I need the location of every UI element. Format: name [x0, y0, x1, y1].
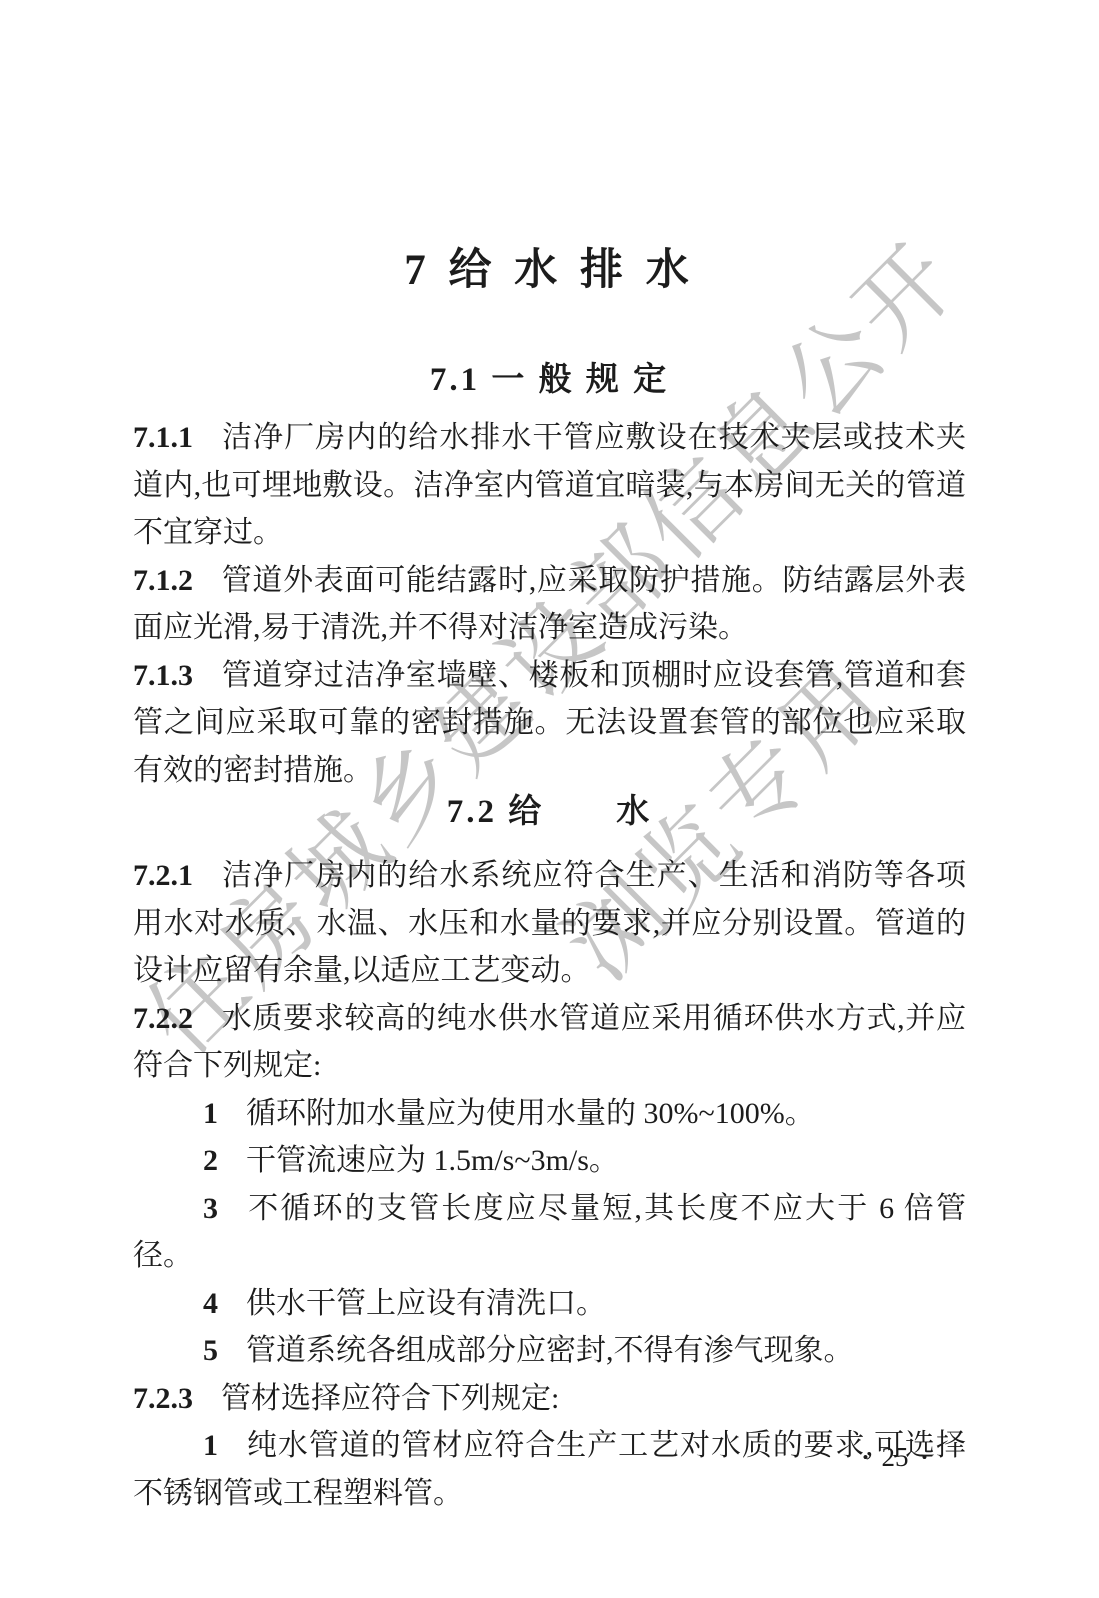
page-number: • 25 •: [833, 1442, 957, 1473]
page-number-dot-right: •: [922, 1449, 928, 1466]
clause-7-2-2-item-1-text: 循环附加水量应为使用水量的 30%~100%。: [246, 1097, 815, 1130]
clause-7-2-2-item-3-text: 不循环的支管长度应尽量短,其长度不应大于 6 倍管径。: [133, 1192, 966, 1273]
clause-7-2-2-item-2: 2干管流速应为 1.5m/s~3m/s。: [133, 1137, 966, 1185]
clause-7-1-1-label: 7.1.1: [133, 421, 193, 454]
page-content: 7 给 水 排 水 7.1 一 般 规 定 7.1.1洁净厂房内的给水排水干管应…: [0, 0, 1099, 1598]
clause-7-2-2: 7.2.2水质要求较高的纯水供水管道应采用循环供水方式,并应符合下列规定:: [133, 995, 966, 1090]
clause-7-1-2: 7.1.2管道外表面可能结露时,应采取防护措施。防结露层外表面应光滑,易于清洗,…: [133, 557, 966, 652]
clause-7-2-3: 7.2.3管材选择应符合下列规定:: [133, 1375, 966, 1423]
section-7-1-body: 7.1.1洁净厂房内的给水排水干管应敷设在技术夹层或技术夹道内,也可埋地敷设。洁…: [133, 414, 966, 794]
clause-7-2-1-text: 洁净厂房内的给水系统应符合生产、生活和消防等各项用水对水质、水温、水压和水量的要…: [133, 859, 966, 987]
clause-7-2-1-label: 7.2.1: [133, 859, 193, 892]
clause-7-1-3-label: 7.1.3: [133, 659, 193, 692]
clause-7-2-2-item-2-text: 干管流速应为 1.5m/s~3m/s。: [246, 1144, 619, 1177]
clause-7-2-3-text: 管材选择应符合下列规定:: [221, 1382, 559, 1415]
clause-7-2-2-item-3-num: 3: [203, 1192, 218, 1225]
clause-7-1-3: 7.1.3管道穿过洁净室墙壁、楼板和顶棚时应设套管,管道和套管之间应采取可靠的密…: [133, 652, 966, 795]
clause-7-2-2-item-5: 5管道系统各组成部分应密封,不得有渗气现象。: [133, 1327, 966, 1375]
section-7-2-heading: 7.2 给 水: [133, 793, 966, 833]
clause-7-2-3-label: 7.2.3: [133, 1382, 193, 1415]
clause-7-2-2-item-4: 4供水干管上应设有清洗口。: [133, 1280, 966, 1328]
clause-7-2-2-item-5-num: 5: [203, 1334, 218, 1367]
clause-7-2-2-item-4-num: 4: [203, 1287, 218, 1320]
clause-7-2-2-item-2-num: 2: [203, 1144, 218, 1177]
clause-7-1-3-text: 管道穿过洁净室墙壁、楼板和顶棚时应设套管,管道和套管之间应采取可靠的密封措施。无…: [133, 659, 966, 787]
clause-7-2-2-text: 水质要求较高的纯水供水管道应采用循环供水方式,并应符合下列规定:: [133, 1002, 966, 1083]
clause-7-1-1: 7.1.1洁净厂房内的给水排水干管应敷设在技术夹层或技术夹道内,也可埋地敷设。洁…: [133, 414, 966, 557]
section-7-1-heading: 7.1 一 般 规 定: [133, 361, 966, 401]
clause-7-2-3-item-1-num: 1: [203, 1429, 218, 1462]
page-number-dot-left: •: [863, 1449, 869, 1466]
section-7-2-body: 7.2.1洁净厂房内的给水系统应符合生产、生活和消防等各项用水对水质、水温、水压…: [133, 852, 966, 1517]
clause-7-1-1-text: 洁净厂房内的给水排水干管应敷设在技术夹层或技术夹道内,也可埋地敷设。洁净室内管道…: [133, 421, 966, 549]
clause-7-2-2-item-5-text: 管道系统各组成部分应密封,不得有渗气现象。: [246, 1334, 854, 1367]
clause-7-2-2-item-3: 3不循环的支管长度应尽量短,其长度不应大于 6 倍管径。: [133, 1185, 966, 1280]
clause-7-2-2-label: 7.2.2: [133, 1002, 193, 1035]
clause-7-2-1: 7.2.1洁净厂房内的给水系统应符合生产、生活和消防等各项用水对水质、水温、水压…: [133, 852, 966, 995]
clause-7-1-2-label: 7.1.2: [133, 564, 193, 597]
document-page: 住房城乡建设部信息公开 浏览专用 7 给 水 排 水 7.1 一 般 规 定 7…: [0, 0, 1099, 1598]
clause-7-1-2-text: 管道外表面可能结露时,应采取防护措施。防结露层外表面应光滑,易于清洗,并不得对洁…: [133, 564, 966, 645]
clause-7-2-2-item-1-num: 1: [203, 1097, 218, 1130]
clause-7-2-2-item-1: 1循环附加水量应为使用水量的 30%~100%。: [133, 1090, 966, 1138]
clause-7-2-2-item-4-text: 供水干管上应设有清洗口。: [246, 1287, 606, 1320]
chapter-title: 7 给 水 排 水: [133, 247, 966, 294]
page-number-value: 25: [882, 1442, 909, 1473]
